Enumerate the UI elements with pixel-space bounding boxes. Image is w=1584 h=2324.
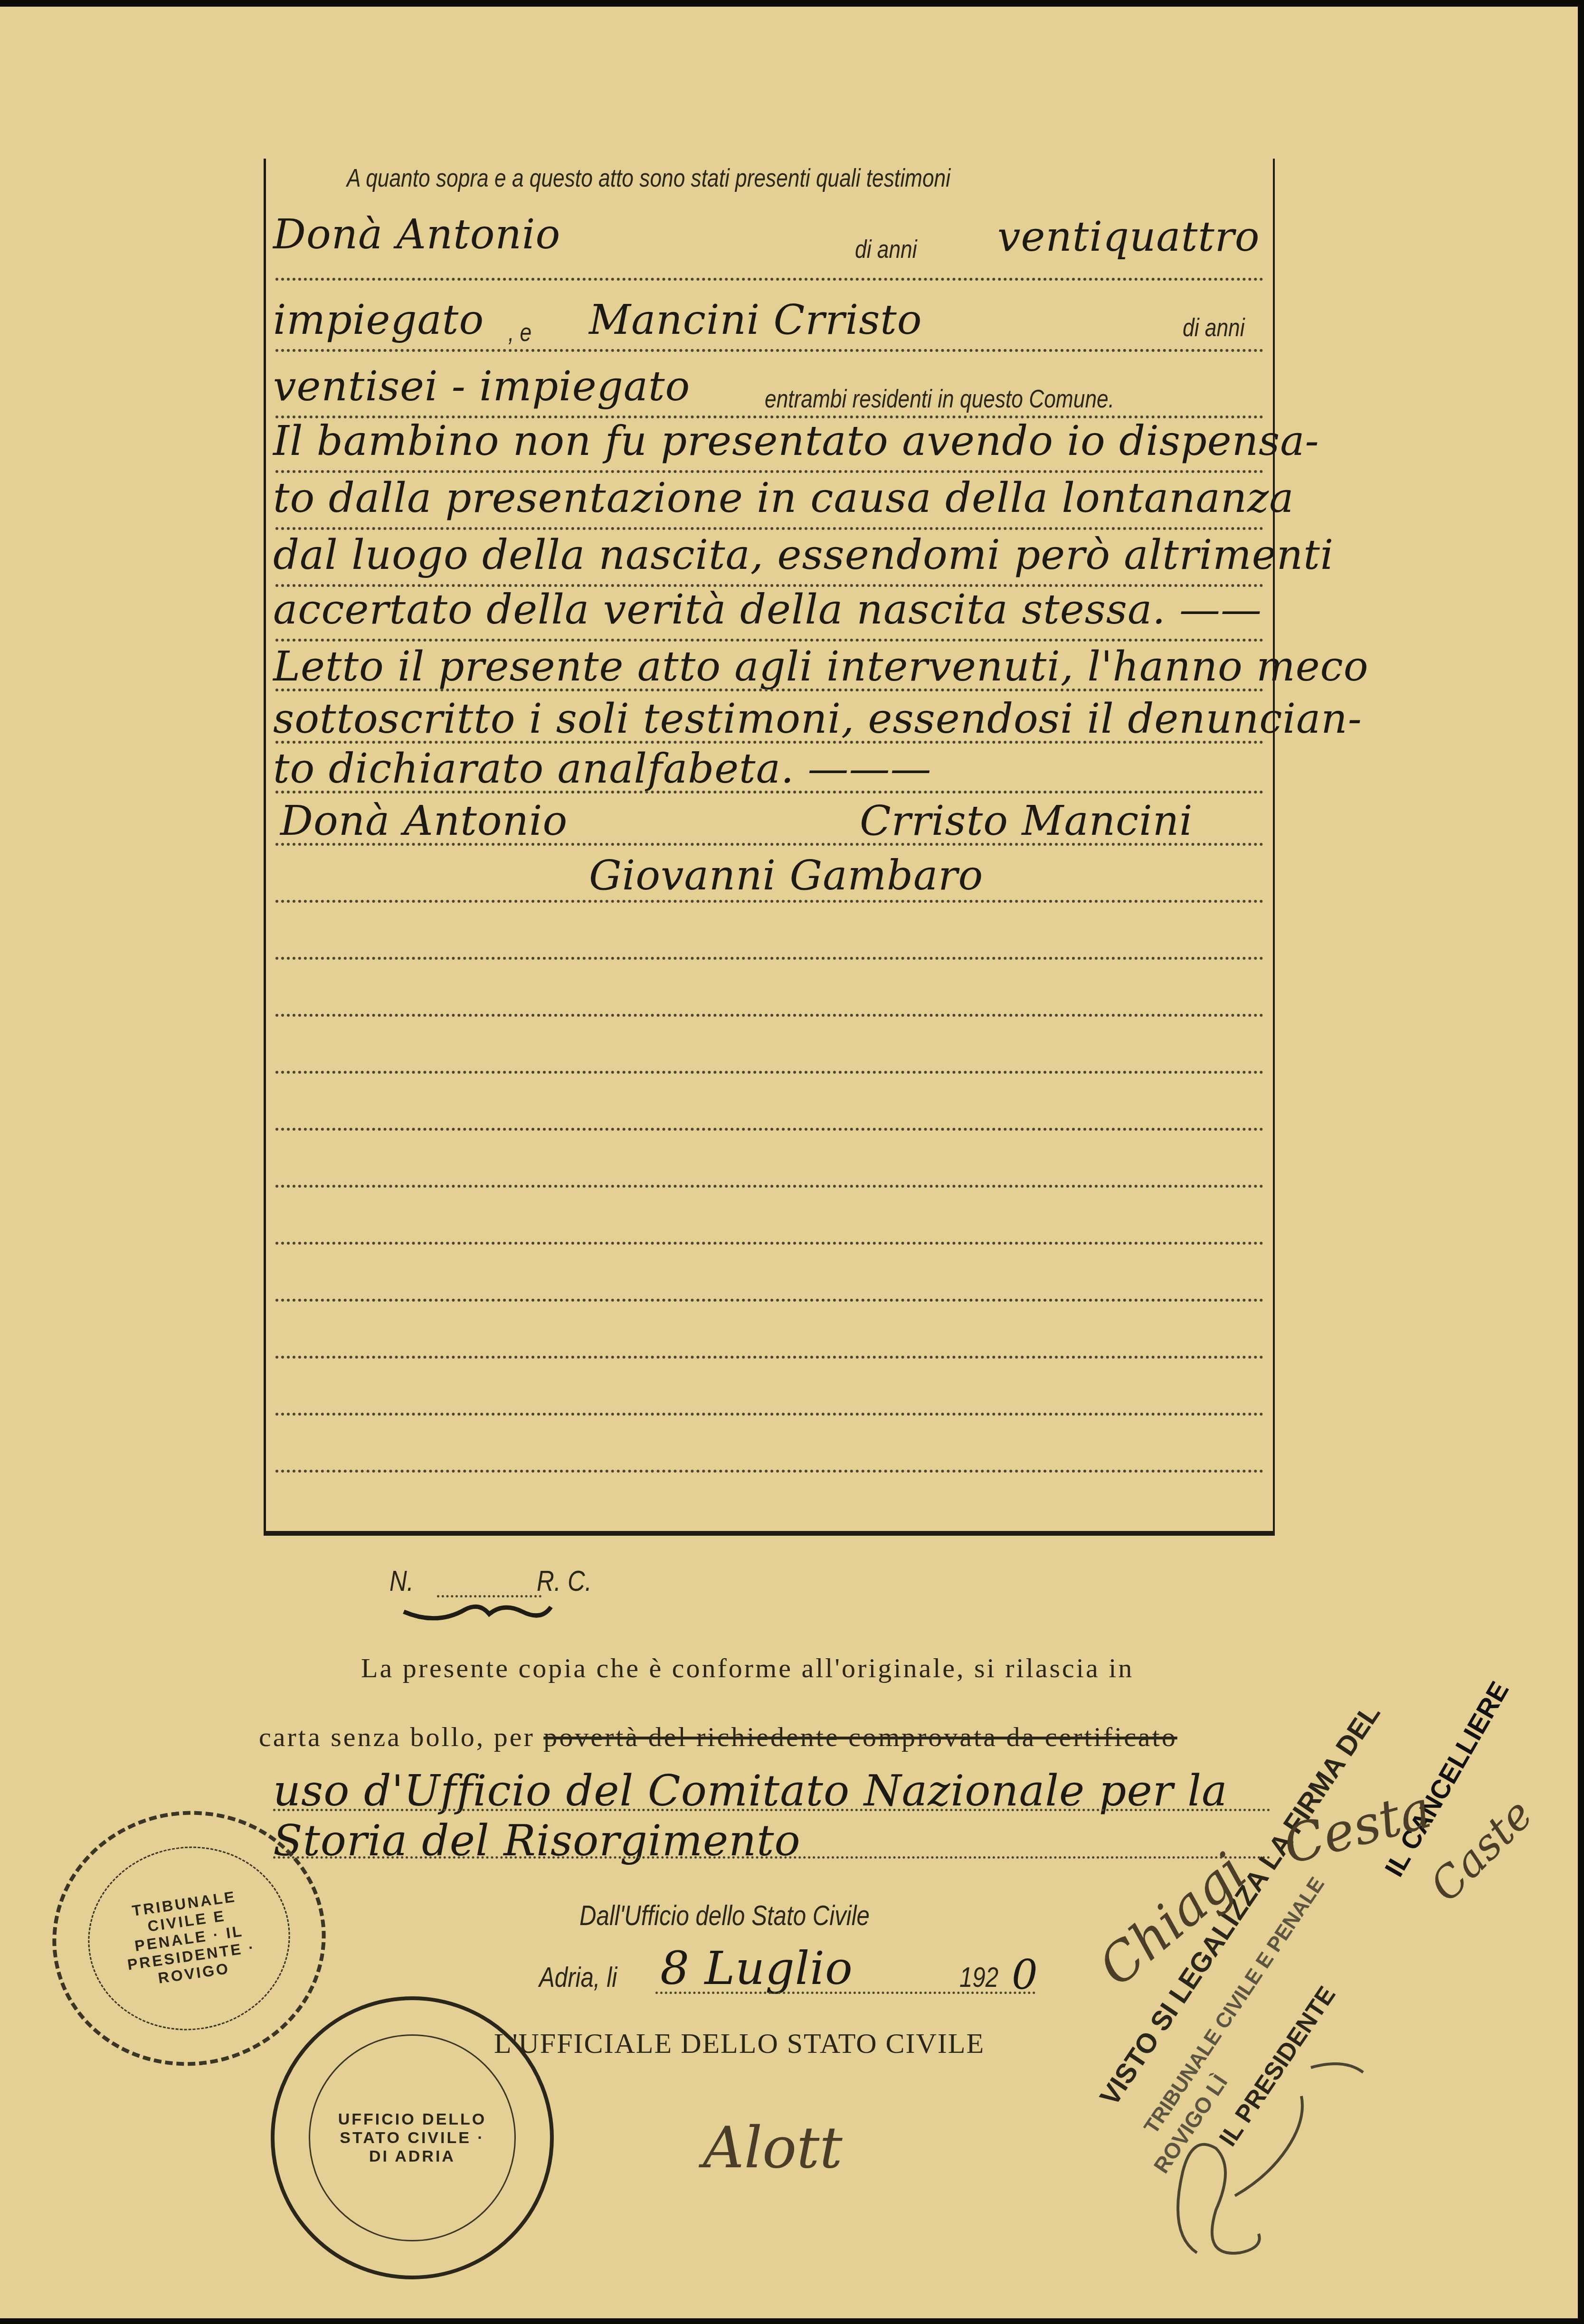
witness1-age: ventiquattro — [997, 213, 1260, 261]
witness2-age: ventisei — [273, 363, 438, 410]
tribunal-stamp-text: TRIBUNALE CIVILE E PENALE · IL PRESIDENT… — [108, 1884, 271, 1993]
ruled-line — [275, 1184, 1263, 1188]
ruled-line — [275, 899, 1263, 903]
conjunction-text: , e — [508, 318, 531, 347]
witness2-name: Mancini Crristo — [589, 296, 922, 344]
n-label: N. — [389, 1564, 414, 1598]
ruled-line — [273, 1809, 1271, 1811]
ruled-line — [273, 1856, 1271, 1859]
civil-status-stamp: UFFICIO DELLO STATO CIVILE · DI ADRIA — [271, 1996, 554, 2279]
struck-poverty-clause: povertà del richiedente comprovata da ce… — [543, 1721, 1177, 1752]
narrative-line-3: dal luogo della nascita, essendomi però … — [273, 531, 1334, 579]
witness1-occupation: impiegato — [273, 296, 484, 344]
record-frame: A quanto sopra e a questo atto sono stat… — [264, 159, 1275, 1536]
ruled-line — [275, 1013, 1263, 1017]
civil-status-stamp-text: UFFICIO DELLO STATO CIVILE · DI ADRIA — [334, 2110, 491, 2166]
ruled-line — [275, 1241, 1263, 1245]
ruled-line — [275, 688, 1263, 691]
ruled-line — [275, 956, 1263, 960]
ruled-line — [275, 1298, 1263, 1302]
document-page: A quanto sopra e a questo atto sono stat… — [0, 7, 1578, 2318]
witness2-age-occupation: ventisei - impiegato — [273, 363, 690, 410]
ruled-line — [275, 527, 1263, 530]
witness2-occupation: impiegato — [479, 363, 690, 410]
intro-printed-text: A quanto sopra e a questo atto sono stat… — [347, 163, 950, 193]
ruled-line — [275, 740, 1263, 744]
signature-mancini: Crristo Mancini — [860, 797, 1193, 845]
ruled-line — [275, 277, 1263, 281]
signature-flourish-icon — [1164, 2053, 1401, 2272]
signature-gambaro: Giovanni Gambaro — [589, 852, 983, 899]
tribunal-stamp-inner: TRIBUNALE CIVILE E PENALE · IL PRESIDENT… — [76, 1833, 302, 2043]
officer-title: L'UFFICIALE DELLO STATO CIVILE — [494, 2027, 985, 2060]
residence-printed-text: entrambi residenti in questo Comune. — [765, 384, 1114, 414]
witness1-name: Donà Antonio — [273, 211, 560, 258]
narrative-line-5: Letto il presente atto agli intervenuti,… — [273, 643, 1369, 690]
ruled-line — [275, 349, 1263, 352]
narrative-line-2: to dalla presentazione in causa della lo… — [273, 474, 1294, 522]
ruled-line — [275, 1469, 1263, 1473]
certification-line-1: La presente copia che è conforme all'ori… — [361, 1652, 1134, 1684]
ruled-line — [275, 638, 1263, 642]
ruled-line — [275, 1127, 1263, 1131]
signature-dona-antonio: Donà Antonio — [280, 797, 568, 845]
certification-prefix: carta senza bollo, per — [259, 1721, 535, 1752]
ruled-line — [275, 1070, 1263, 1074]
ruled-line — [275, 1412, 1263, 1416]
office-label: Dall'Ufficio dello Stato Civile — [579, 1899, 870, 1932]
ruled-line — [275, 470, 1263, 473]
narrative-line-4: accertato della verità della nascita ste… — [273, 586, 1262, 633]
narrative-line-6: sottoscritto i soli testimoni, essendosi… — [273, 695, 1362, 743]
ruled-line — [275, 1355, 1263, 1359]
age-label-2: di anni — [1183, 313, 1244, 342]
date-line — [655, 1992, 1035, 1994]
officer-signature: Alott — [703, 2115, 843, 2181]
certification-line-2: carta senza bollo, per povertà del richi… — [259, 1721, 1177, 1753]
date-handwritten: 8 Luglio — [660, 1942, 853, 1995]
narrative-line-7: to dichiarato analfabeta. ——— — [273, 745, 932, 793]
narrative-line-1: Il bambino non fu presentato avendo io d… — [273, 417, 1319, 465]
flourish-icon — [399, 1597, 556, 1626]
year-printed: 192 — [959, 1961, 998, 1993]
ruled-line — [275, 790, 1263, 794]
age-label-1: di anni — [855, 235, 917, 264]
ruled-line — [275, 842, 1263, 846]
place-label: Adria, li — [539, 1961, 617, 1993]
civil-status-stamp-inner: UFFICIO DELLO STATO CIVILE · DI ADRIA — [309, 2034, 516, 2241]
rc-label: R. C. — [537, 1564, 592, 1598]
legalization-stamp-line-1: VISTO SI LEGALIZZA LA FIRMA DEL — [1093, 1698, 1386, 2111]
